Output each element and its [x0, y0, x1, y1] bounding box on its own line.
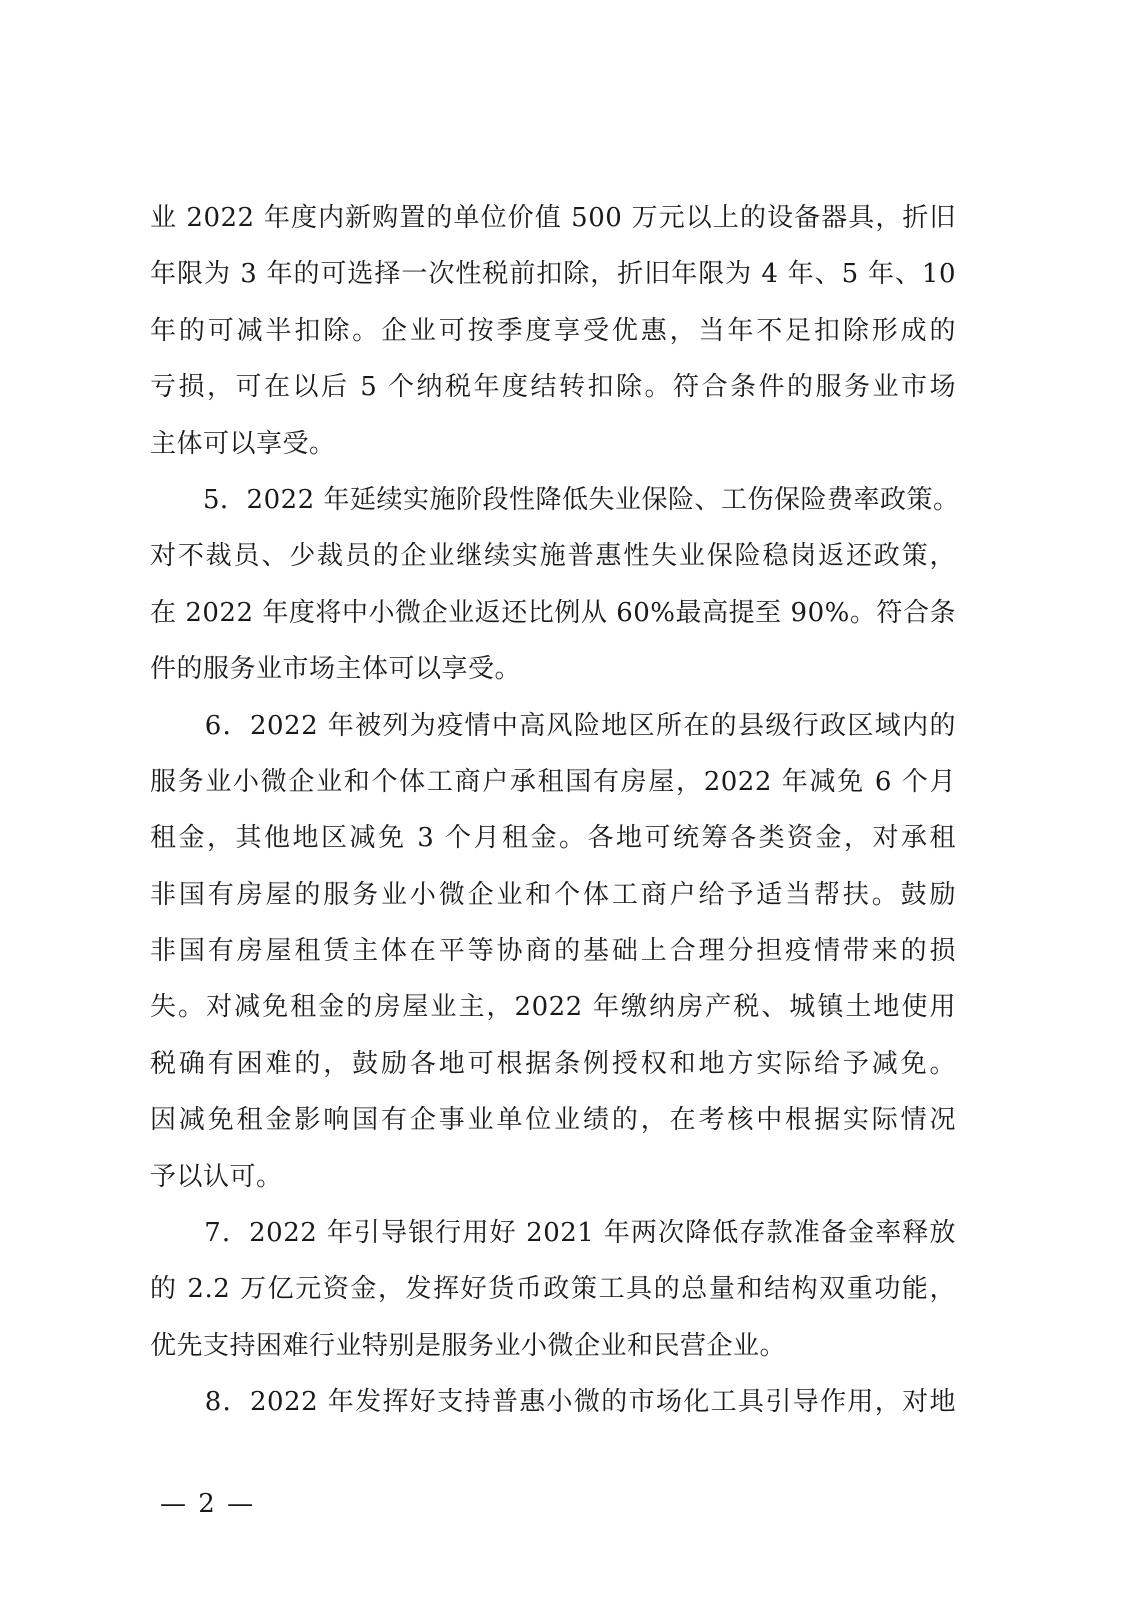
paragraph-5-start: 5．2022 年延续实施阶段性降低失业保险、工伤保险费率政策。: [150, 478, 956, 534]
text-line: 优先支持困难行业特别是服务业小微企业和民营企业。: [150, 1324, 956, 1380]
document-page: 业 2022 年度内新购置的单位价值 500 万元以上的设备器具，折旧 年限为 …: [0, 0, 1131, 1600]
paragraph-6-start: 6．2022 年被列为疫情中高风险地区所在的县级行政区域内的: [150, 704, 956, 760]
text-line: 因减免租金影响国有企事业单位业绩的，在考核中根据实际情况: [150, 1098, 956, 1154]
text-line: 亏损，可在以后 5 个纳税年度结转扣除。符合条件的服务业市场: [150, 365, 956, 421]
text-line: 租金，其他地区减免 3 个月租金。各地可统筹各类资金，对承租: [150, 816, 956, 872]
text-line: 在 2022 年度将中小微企业返还比例从 60%最高提至 90%。符合条: [150, 591, 956, 647]
text-line: 服务业小微企业和个体工商户承租国有房屋，2022 年减免 6 个月: [150, 760, 956, 816]
text-line: 主体可以享受。: [150, 422, 956, 478]
text-line: 非国有房屋的服务业小微企业和个体工商户给予适当帮扶。鼓励: [150, 873, 956, 929]
paragraph-7-start: 7．2022 年引导银行用好 2021 年两次降低存款准备金率释放: [150, 1211, 956, 1267]
text-line: 的 2.2 万亿元资金，发挥好货币政策工具的总量和结构双重功能，: [150, 1267, 956, 1323]
text-line: 对不裁员、少裁员的企业继续实施普惠性失业保险稳岗返还政策，: [150, 534, 956, 590]
paragraph-8-start: 8．2022 年发挥好支持普惠小微的市场化工具引导作用，对地: [150, 1380, 956, 1436]
text-line: 税确有困难的，鼓励各地可根据条例授权和地方实际给予减免。: [150, 1042, 956, 1098]
text-line: 非国有房屋租赁主体在平等协商的基础上合理分担疫情带来的损: [150, 929, 956, 985]
text-line: 年限为 3 年的可选择一次性税前扣除，折旧年限为 4 年、5 年、10: [150, 252, 956, 308]
text-line: 失。对减免租金的房屋业主，2022 年缴纳房产税、城镇土地使用: [150, 985, 956, 1041]
page-number: — 2 —: [160, 1484, 255, 1524]
text-line: 予以认可。: [150, 1155, 956, 1211]
text-line: 年的可减半扣除。企业可按季度享受优惠，当年不足扣除形成的: [150, 309, 956, 365]
text-line: 业 2022 年度内新购置的单位价值 500 万元以上的设备器具，折旧: [150, 196, 956, 252]
body-text: 业 2022 年度内新购置的单位价值 500 万元以上的设备器具，折旧 年限为 …: [150, 196, 956, 1437]
text-line: 件的服务业市场主体可以享受。: [150, 647, 956, 703]
